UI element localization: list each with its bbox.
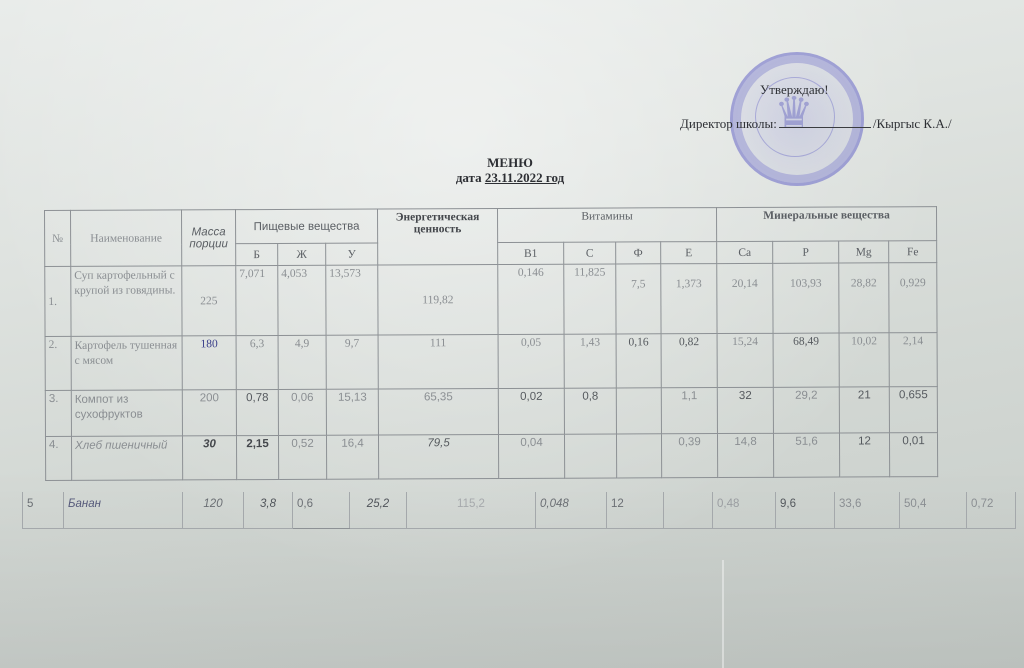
dish-name: Суп картофельный с крупой из говядины. <box>71 266 182 336</box>
fat-value: 0,52 <box>278 435 326 479</box>
fat-value: 4,9 <box>278 335 326 389</box>
iron-value: 0,655 <box>889 387 937 433</box>
date-value: 23.11.2022 год <box>485 170 564 185</box>
vitamin-e-value: 0,48 <box>713 492 776 529</box>
vitamin-f-value <box>664 492 713 529</box>
mass-value: 30 <box>182 436 236 480</box>
carbs-value: 9,7 <box>326 335 378 389</box>
calcium-value: 32 <box>717 387 773 433</box>
vitamin-c-value: 0,8 <box>564 388 616 434</box>
row-number: 5 <box>23 492 64 529</box>
carbs-value: 16,4 <box>326 435 378 479</box>
vitamin-c-value: 12 <box>607 492 664 529</box>
table-row: 2. Картофель тушенная с мясом 180 6,3 4,… <box>45 333 937 391</box>
phosphorus-value: 29,2 <box>773 387 839 433</box>
phosphorus-value: 68,49 <box>773 333 839 387</box>
date-label: дата <box>456 170 482 185</box>
protein-value: 6,3 <box>236 335 278 389</box>
approve-label: Утверждаю! <box>760 82 829 98</box>
mass-value: 120 <box>183 492 244 529</box>
director-name: /Кыргыс К.А./ <box>873 116 952 131</box>
protein-value: 2,15 <box>236 435 278 479</box>
row-number: 3. <box>45 390 71 436</box>
subheader-calcium: Ca <box>717 241 773 263</box>
iron-value: 0,72 <box>967 492 1016 529</box>
phosphorus-value: 51,6 <box>773 433 839 477</box>
table-row: 4. Хлеб пшеничный 30 2,15 0,52 16,4 79,5… <box>45 433 937 481</box>
vitamin-b1-value: 0,048 <box>536 492 607 529</box>
table-row: 1. Суп картофельный с крупой из говядины… <box>45 263 937 337</box>
vitamin-e-value: 1,1 <box>661 388 717 434</box>
vitamin-b1-value: 0,146 <box>498 264 564 334</box>
fat-value: 0,6 <box>293 492 350 529</box>
subheader-iron: Fe <box>889 241 937 263</box>
dish-name: Компот из сухофруктов <box>71 390 182 436</box>
calcium-value: 9,6 <box>776 492 835 529</box>
extra-item-row: 5 Банан 120 3,8 0,6 25,2 115,2 0,048 12 … <box>22 492 1016 529</box>
magnesium-value: 28,82 <box>839 263 889 333</box>
dish-name: Хлеб пшеничный <box>71 436 182 480</box>
fat-value: 0,06 <box>278 389 326 435</box>
vitamin-b1-value: 0,04 <box>498 434 564 478</box>
vitamin-f-value: 7,5 <box>616 264 661 334</box>
iron-value: 2,14 <box>889 333 937 387</box>
vitamin-b1-value: 0,02 <box>498 388 564 434</box>
protein-value: 7,071 <box>236 265 278 335</box>
energy-value: 79,5 <box>378 435 498 480</box>
energy-value: 111 <box>378 335 498 390</box>
paper-fold-line <box>722 560 724 668</box>
vitamin-c-value: 11,825 <box>564 264 616 334</box>
vitamin-e-value: 0,82 <box>661 334 717 388</box>
iron-value: 0,929 <box>889 263 937 333</box>
carbs-value: 25,2 <box>350 492 407 529</box>
vitamin-f-value <box>616 388 661 434</box>
mass-value: 200 <box>182 390 236 436</box>
calcium-value: 14,8 <box>717 433 773 477</box>
table-row: 3. Компот из сухофруктов 200 0,78 0,06 1… <box>45 387 937 437</box>
subheader-vitamin-c: C <box>564 242 616 264</box>
menu-date-line: дата 23.11.2022 год <box>420 170 600 185</box>
calcium-value: 20,14 <box>717 263 773 333</box>
subheader-vitamin-f: Ф <box>616 242 661 264</box>
vitamin-f-value <box>616 434 661 478</box>
calcium-value: 15,24 <box>717 333 773 387</box>
iron-value: 0,01 <box>889 433 937 477</box>
magnesium-value: 50,4 <box>900 492 967 529</box>
subheader-vitamin-e: E <box>661 242 717 264</box>
header-number: № <box>45 210 71 266</box>
row-number: 4. <box>45 436 71 480</box>
fat-value: 4,053 <box>278 265 326 335</box>
mass-value: 225 <box>182 266 236 336</box>
energy-value: 115,2 <box>407 492 536 529</box>
carbs-value: 15,13 <box>326 389 378 435</box>
menu-heading: МЕНЮ <box>420 155 600 170</box>
row-number: 1. <box>45 266 71 336</box>
table-row: 5 Банан 120 3,8 0,6 25,2 115,2 0,048 12 … <box>23 492 1016 529</box>
dish-name: Банан <box>64 492 183 529</box>
subheader-protein: Б <box>236 243 278 265</box>
phosphorus-value: 103,93 <box>773 263 839 333</box>
header-name: Наименование <box>71 210 182 266</box>
mass-value: 180 <box>182 336 236 390</box>
vitamin-e-value: 0,39 <box>661 434 717 478</box>
dish-name: Картофель тушенная с мясом <box>71 336 182 390</box>
header-energy: Энергетическая ценность <box>377 209 497 266</box>
subheader-vitamin-b1: B1 <box>498 242 564 264</box>
magnesium-value: 21 <box>839 387 889 433</box>
subheader-fat: Ж <box>278 243 326 265</box>
vitamin-c-value <box>564 434 616 478</box>
vitamin-e-value: 1,373 <box>661 264 717 334</box>
magnesium-value: 12 <box>839 433 889 477</box>
menu-title-block: МЕНЮ дата 23.11.2022 год <box>420 155 600 185</box>
header-nutrients: Пищевые вещества <box>236 209 378 244</box>
phosphorus-value: 33,6 <box>835 492 900 529</box>
header-vitamins: Витамины <box>497 208 716 243</box>
carbs-value: 13,573 <box>326 265 378 335</box>
vitamin-b1-value: 0,05 <box>498 334 564 388</box>
protein-value: 3,8 <box>244 492 293 529</box>
vitamin-f-value: 0,16 <box>616 334 661 388</box>
director-signature-line: Директор школы:/Кыргыс К.А./ <box>680 116 952 132</box>
subheader-phosphorus: P <box>773 241 839 263</box>
subheader-carbs: У <box>326 243 378 265</box>
row-number: 2. <box>45 336 71 390</box>
header-mass: Масса порции <box>182 210 236 266</box>
vitamin-c-value: 1,43 <box>564 334 616 388</box>
energy-value: 65,35 <box>378 389 498 436</box>
director-label: Директор школы: <box>680 116 777 131</box>
subheader-magnesium: Mg <box>839 241 889 263</box>
header-minerals: Минеральные вещества <box>716 207 936 242</box>
signature-blank <box>779 127 871 128</box>
approval-block: ♛ Утверждаю! Директор школы:/Кыргыс К.А.… <box>660 60 980 180</box>
protein-value: 0,78 <box>236 389 278 435</box>
menu-nutrition-table: № Наименование Масса порции Пищевые веще… <box>44 206 938 481</box>
energy-value: 119,82 <box>378 265 498 336</box>
magnesium-value: 10,02 <box>839 333 889 387</box>
